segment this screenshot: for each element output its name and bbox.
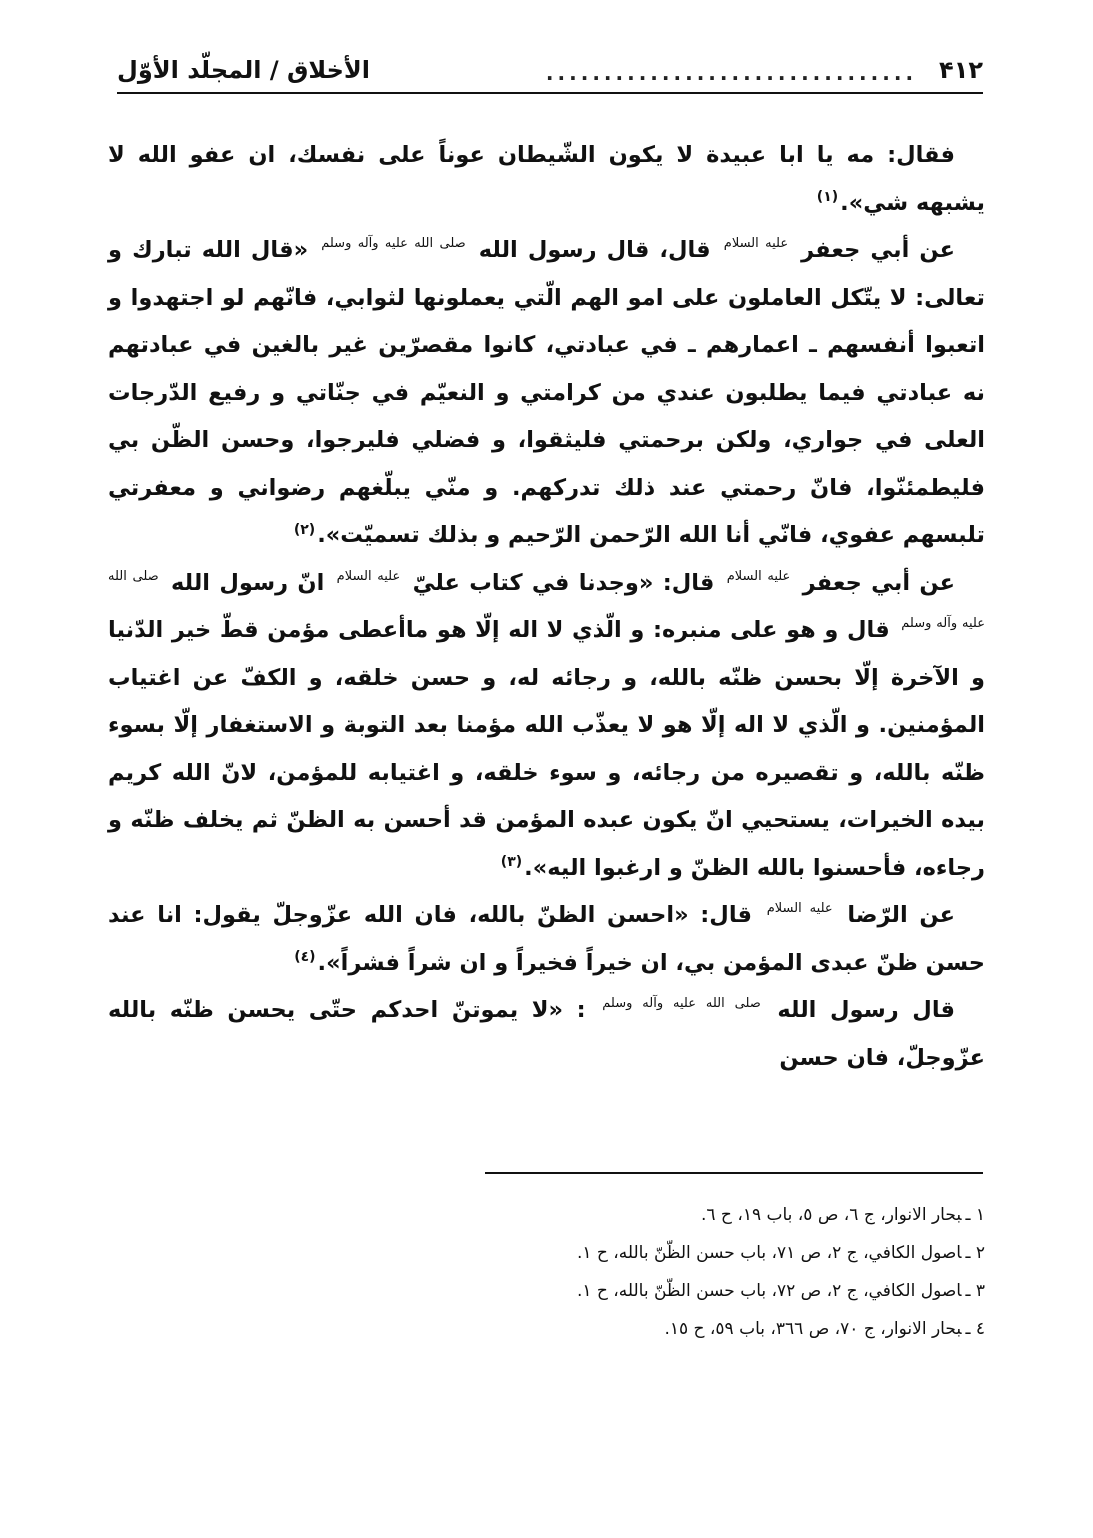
paragraph-5: قال رسول الله صلى الله عليه وآله وسلم : … <box>108 987 985 1082</box>
paragraph-text: قال رسول الله <box>777 997 955 1023</box>
imam-honorific-icon: عليه السلام <box>727 569 791 584</box>
prophet-honorific-icon: صلى الله عليه وآله وسلم <box>602 996 761 1011</box>
leader-dots: ................................ <box>372 57 917 83</box>
footnote-separator <box>485 1172 983 1174</box>
paragraph-text: قال: «وجدنا في كتاب عليّ <box>413 570 715 596</box>
paragraph-3: عن أبي جعفر عليه السلام قال: «وجدنا في ك… <box>108 560 985 893</box>
book-page: ۴۱۲ ................................ الأ… <box>0 0 1093 1538</box>
footnote-2: ٢ ـاصول الكافي، ج ٢، ص ٧١، باب حسن الظّن… <box>400 1234 1025 1272</box>
prophet-honorific-icon: صلى الله عليه وآله وسلم <box>321 236 465 251</box>
paragraph-text: عن الرّضا <box>847 902 955 928</box>
footnote-text: بحار الانوار، ج ٦، ص ٥، باب ١٩، ح ٦. <box>701 1205 961 1225</box>
footnote-4: ٤ ـبحار الانوار، ج ٧٠، ص ٣٦٦، باب ٥٩، ح … <box>400 1310 1025 1348</box>
footnote-text: اصول الكافي، ج ٢، ص ٧١، باب حسن الظّنّ ب… <box>577 1243 962 1263</box>
paragraph-2: عن أبي جعفر عليه السلام قال، قال رسول ال… <box>108 227 985 560</box>
paragraph-1: فقال: مه يا ابا عبيدة لا يكون الشّيطان ع… <box>108 132 985 227</box>
footnote-ref-3[interactable]: (٣) <box>501 854 522 870</box>
footnote-1: ١ ـبحار الانوار، ج ٦، ص ٥، باب ١٩، ح ٦. <box>400 1196 1025 1234</box>
footnote-text: بحار الانوار، ج ٧٠، ص ٣٦٦، باب ٥٩، ح ١٥. <box>664 1319 961 1339</box>
paragraph-text: عن أبي جعفر <box>803 570 955 596</box>
paragraph-text: انّ رسول الله <box>171 570 324 596</box>
paragraph-text: قال، قال رسول الله <box>479 237 711 263</box>
footnote-number: ٣ ـ <box>965 1281 985 1301</box>
footnotes: ١ ـبحار الانوار، ج ٦، ص ٥، باب ١٩، ح ٦. … <box>400 1196 1025 1348</box>
footnote-ref-4[interactable]: (٤) <box>294 949 315 965</box>
imam-honorific-icon: عليه السلام <box>724 236 788 251</box>
footnote-3: ٣ ـاصول الكافي، ج ٢، ص ٧٢، باب حسن الظّن… <box>400 1272 1025 1310</box>
book-title: الأخلاق / المجلّد الأوّل <box>117 56 370 84</box>
main-text: فقال: مه يا ابا عبيدة لا يكون الشّيطان ع… <box>108 132 985 1082</box>
footnote-text: اصول الكافي، ج ٢، ص ٧٢، باب حسن الظّنّ ب… <box>577 1281 962 1301</box>
footnote-ref-1[interactable]: (١) <box>817 189 838 205</box>
paragraph-text: «قال الله تبارك و تعالی: لا يتّكل العامل… <box>108 237 985 548</box>
footnote-ref-2[interactable]: (٢) <box>294 522 315 538</box>
page-number: ۴۱۲ <box>939 56 983 84</box>
footnote-number: ٤ ـ <box>965 1319 985 1339</box>
paragraph-4: عن الرّضا عليه السلام قال: «احسن الظنّ ب… <box>108 892 985 987</box>
footnote-number: ١ ـ <box>965 1205 985 1225</box>
paragraph-text: قال و هو علی منبره: و الّذي لا اله إلّا … <box>108 617 985 881</box>
running-header: ۴۱۲ ................................ الأ… <box>117 48 983 94</box>
imam-honorific-icon: عليه السلام <box>767 901 833 916</box>
imam-honorific-icon: عليه السلام <box>337 569 401 584</box>
paragraph-text: عن أبي جعفر <box>801 237 955 263</box>
footnote-number: ٢ ـ <box>965 1243 985 1263</box>
paragraph-text: فقال: مه يا ابا عبيدة لا يكون الشّيطان ع… <box>108 142 985 216</box>
